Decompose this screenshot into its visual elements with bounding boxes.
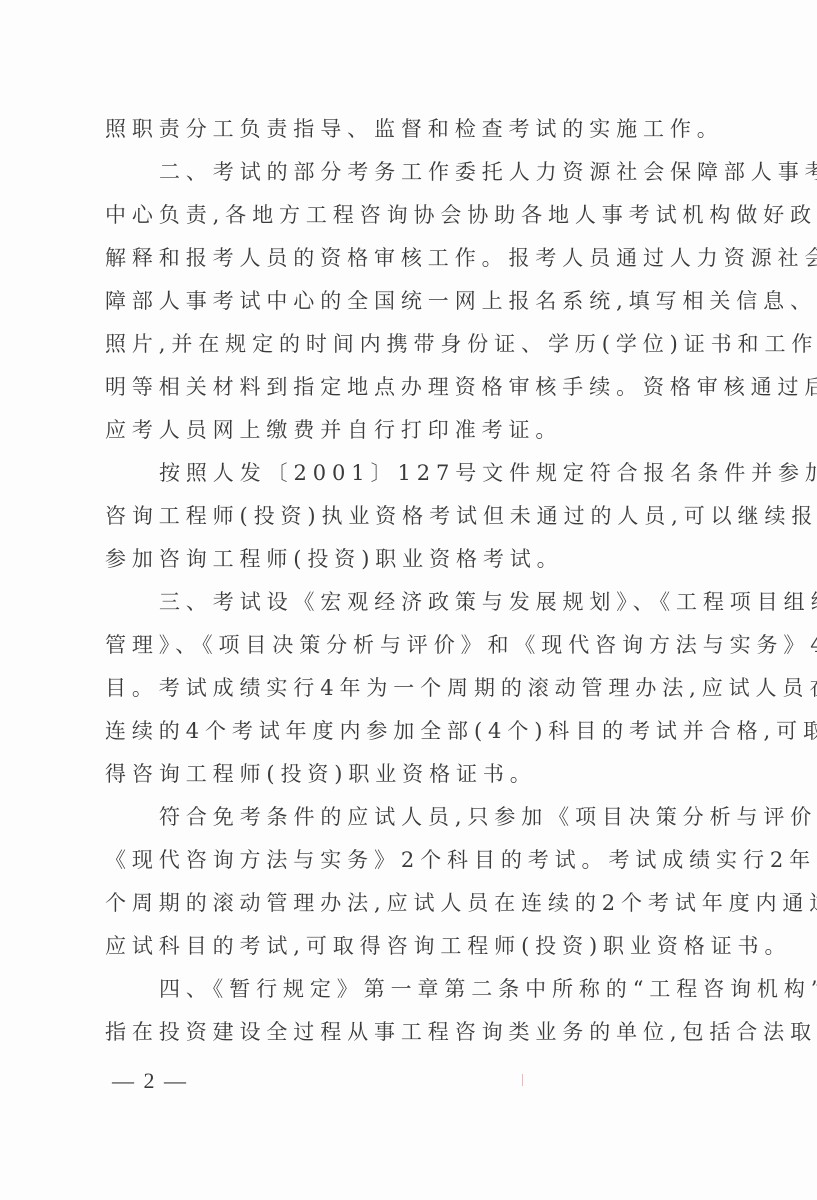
text-line: 参加咨询工程师(投资)职业资格考试。: [105, 538, 730, 581]
text-line: 三、考试设《宏观经济政策与发展规划》、《工程项目组织与: [105, 581, 730, 624]
text-line: 照职责分工负责指导、监督和检查考试的实施工作。: [105, 108, 730, 151]
text-line: 应试科目的考试,可取得咨询工程师(投资)职业资格证书。: [105, 925, 730, 968]
text-line: 《现代咨询方法与实务》2个科目的考试。考试成绩实行2年为一: [105, 839, 730, 882]
document-body: 照职责分工负责指导、监督和检查考试的实施工作。 二、考试的部分考务工作委托人力资…: [105, 108, 730, 1054]
text-line: 四、《暂行规定》第一章第二条中所称的“工程咨询机构”是: [105, 968, 730, 1011]
text-line: 个周期的滚动管理办法,应试人员在连续的2个考试年度内通过: [105, 882, 730, 925]
text-line: 应考人员网上缴费并自行打印准考证。: [105, 409, 730, 452]
text-line: 按照人发〔2001〕127号文件规定符合报名条件并参加过注册: [105, 452, 730, 495]
text-line: 咨询工程师(投资)执业资格考试但未通过的人员,可以继续报名: [105, 495, 730, 538]
text-line: 连续的4个考试年度内参加全部(4个)科目的考试并合格,可取: [105, 710, 730, 753]
text-line: 指在投资建设全过程从事工程咨询类业务的单位,包括合法取得: [105, 1011, 730, 1054]
page-number: — 2 —: [112, 1068, 188, 1094]
text-line: 管理》、《项目决策分析与评价》和《现代咨询方法与实务》4个科: [105, 624, 730, 667]
scan-mark: [522, 1074, 523, 1086]
text-line: 障部人事考试中心的全国统一网上报名系统,填写相关信息、上传: [105, 280, 730, 323]
text-line: 目。考试成绩实行4年为一个周期的滚动管理办法,应试人员在: [105, 667, 730, 710]
text-line: 照片,并在规定的时间内携带身份证、学历(学位)证书和工作证: [105, 323, 730, 366]
text-line: 符合免考条件的应试人员,只参加《项目决策分析与评价》和: [105, 796, 730, 839]
text-line: 中心负责,各地方工程咨询协会协助各地人事考试机构做好政策: [105, 194, 730, 237]
text-line: 明等相关材料到指定地点办理资格审核手续。资格审核通过后,: [105, 366, 730, 409]
text-line: 解释和报考人员的资格审核工作。报考人员通过人力资源社会保: [105, 237, 730, 280]
text-line: 得咨询工程师(投资)职业资格证书。: [105, 753, 730, 796]
text-line: 二、考试的部分考务工作委托人力资源社会保障部人事考试: [105, 151, 730, 194]
